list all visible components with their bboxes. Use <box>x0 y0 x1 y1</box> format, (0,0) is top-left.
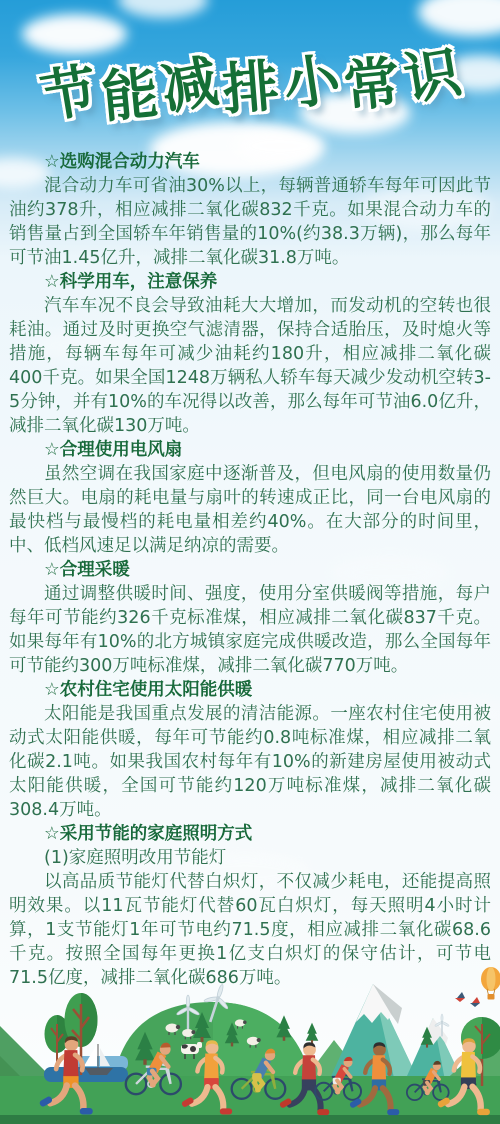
section: ☆农村住宅使用太阳能供暖 太阳能是我国重点发展的清洁能源。一座农村住宅使用被动式… <box>9 678 491 822</box>
section-heading: ☆选购混合动力汽车 <box>9 150 491 174</box>
section-heading: ☆采用节能的家庭照明方式 <box>9 822 491 846</box>
section: ☆科学用车，注意保养 汽车车况不良会导致油耗大大增加，而发动机的空转也很耗油。通… <box>9 270 491 438</box>
hot-air-balloon-icon <box>481 967 500 1000</box>
section-heading: ☆农村住宅使用太阳能供暖 <box>9 678 491 702</box>
section-heading: ☆合理采暖 <box>9 558 491 582</box>
section: ☆合理使用电风扇 虽然空调在我国家庭中逐渐普及，但电风扇的使用数量仍然巨大。电扇… <box>9 438 491 558</box>
section-subheading: (1)家庭照明改用节能灯 <box>9 846 491 870</box>
section-heading: ☆合理使用电风扇 <box>9 438 491 462</box>
section: ☆合理采暖 通过调整供暖时间、强度，使用分室供暖阀等措施，每户每年可节能约326… <box>9 558 491 678</box>
section-paragraph: 太阳能是我国重点发展的清洁能源。一座农村住宅使用被动式太阳能供暖，每年可节能约0… <box>9 702 491 822</box>
section-paragraph: 通过调整供暖时间、强度，使用分室供暖阀等措施，每户每年可节能约326千克标准煤，… <box>9 582 491 678</box>
section-paragraph: 虽然空调在我国家庭中逐渐普及，但电风扇的使用数量仍然巨大。电扇的耗电量与扇叶的转… <box>9 462 491 558</box>
poster-body: ☆选购混合动力汽车 混合动力车可省油30%以上，每辆普通轿车每年可因此节油约37… <box>9 150 491 990</box>
ground-strip <box>0 1115 500 1124</box>
section: ☆选购混合动力汽车 混合动力车可省油30%以上，每辆普通轿车每年可因此节油约37… <box>9 150 491 270</box>
bird-icon <box>470 997 480 1007</box>
section-paragraph: 混合动力车可省油30%以上，每辆普通轿车每年可因此节油约378升，相应减排二氧化… <box>9 174 491 270</box>
bottom-illustration-main <box>0 964 500 1124</box>
poster: 节能减排小常识 ☆选购混合动力汽车 混合动力车可省油30%以上，每辆普通轿车每年… <box>0 0 500 1124</box>
bird-icon <box>455 992 465 1002</box>
pine-tree-icon <box>306 1023 319 1044</box>
pine-tree-icon <box>276 1015 291 1041</box>
cloud <box>118 0 208 18</box>
section-paragraph: 汽车车况不良会导致油耗大大增加，而发动机的空转也很耗油。通过及时更换空气滤清器，… <box>9 294 491 438</box>
section-heading: ☆科学用车，注意保养 <box>9 270 491 294</box>
